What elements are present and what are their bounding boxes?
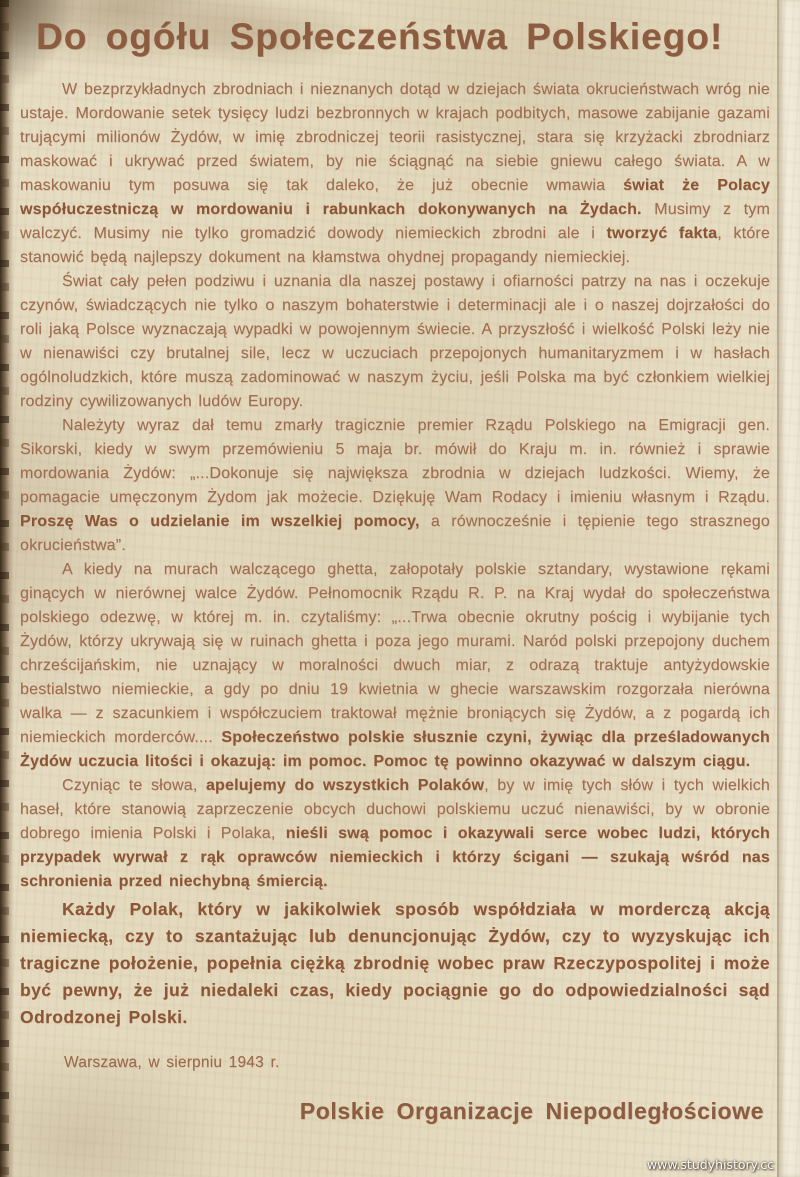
body-paragraph-3: Należyty wyraz dał temu zmarły tragiczni… (20, 414, 770, 558)
scan-left-edge (0, 0, 14, 1177)
body-paragraph-2: Świat cały pełen podziwu i uznania dla n… (20, 270, 770, 414)
signature-line: Polskie Organizacje Niepodległościowe (20, 1099, 764, 1123)
date-line: Warszawa, w sierpniu 1943 r. (20, 1051, 770, 1075)
body-paragraph-4: A kiedy na murach walczącego ghetta, zał… (20, 558, 770, 774)
scanned-leaflet-page: Do ogółu Społeczeństwa Polskiego! W bezp… (0, 0, 800, 1177)
leaflet-title: Do ogółu Społeczeństwa Polskiego! (36, 14, 770, 60)
watermark: www.studyhistory.cc (647, 1157, 774, 1172)
leaflet-content: Do ogółu Społeczeństwa Polskiego! W bezp… (20, 12, 770, 1123)
body-paragraph-6: Każdy Polak, który w jakikolwiek sposób … (20, 896, 770, 1031)
body-paragraph-5: Czyniąc te słowa, apelujemy do wszystkic… (20, 774, 770, 894)
body-paragraph-1: W bezprzykładnych zbrodniach i nieznanyc… (20, 78, 770, 270)
paper-right-margin (777, 0, 800, 1177)
